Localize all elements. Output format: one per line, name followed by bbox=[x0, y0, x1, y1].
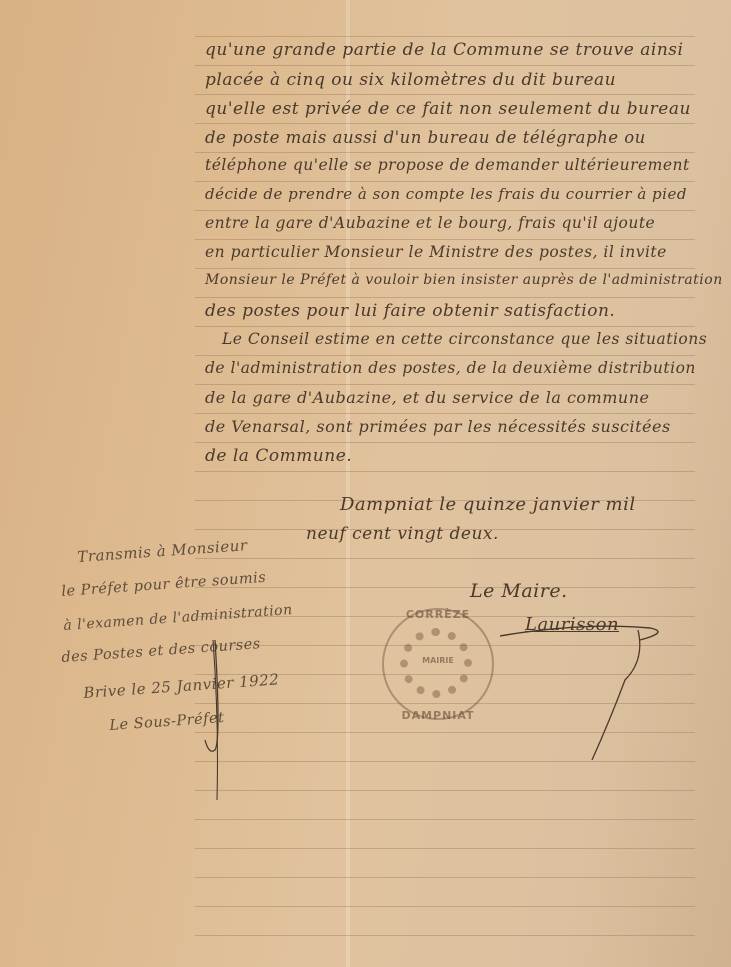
body-line: de la gare d'Aubazine, et du service de … bbox=[205, 388, 649, 407]
body-line: de la Commune. bbox=[205, 446, 352, 466]
body-line: de Venarsal, sont primées par les nécess… bbox=[205, 417, 671, 436]
body-line: des postes pour lui faire obtenir satisf… bbox=[205, 301, 615, 321]
body-line: décide de prendre à son compte les frais… bbox=[205, 185, 687, 203]
body-line: entre la gare d'Aubazine et le bourg, fr… bbox=[205, 214, 655, 232]
stamp-center-text: MAIRIE bbox=[384, 656, 492, 665]
signature-flourish-icon bbox=[500, 600, 670, 760]
body-line: placée à cinq ou six kilomètres du dit b… bbox=[205, 70, 616, 90]
body-line: qu'une grande partie de la Commune se tr… bbox=[205, 40, 683, 60]
stamp-top-text: CORRÈZE bbox=[384, 608, 492, 621]
body-line: Monsieur le Préfet à vouloir bien insist… bbox=[205, 272, 723, 288]
body-line: qu'elle est privée de ce fait non seulem… bbox=[205, 99, 691, 119]
document-page: qu'une grande partie de la Commune se tr… bbox=[0, 0, 731, 967]
place-date-line: Dampniat le quinze janvier mil bbox=[340, 494, 636, 515]
signature-title: Le Maire. bbox=[470, 580, 568, 602]
body-line: Le Conseil estime en cette circonstance … bbox=[222, 330, 707, 348]
body-line: en particulier Monsieur le Ministre des … bbox=[205, 243, 667, 261]
mairie-stamp: CORRÈZE MAIRIE DAMPNIAT bbox=[382, 608, 494, 720]
body-line: de poste mais aussi d'un bureau de télég… bbox=[205, 128, 646, 147]
body-line: de l'administration des postes, de la de… bbox=[205, 359, 696, 377]
place-date-line: neuf cent vingt deux. bbox=[306, 524, 499, 544]
body-line: téléphone qu'elle se propose de demander… bbox=[205, 156, 690, 174]
subprefect-paraph-icon bbox=[195, 640, 235, 800]
stamp-bottom-text: DAMPNIAT bbox=[384, 709, 492, 722]
